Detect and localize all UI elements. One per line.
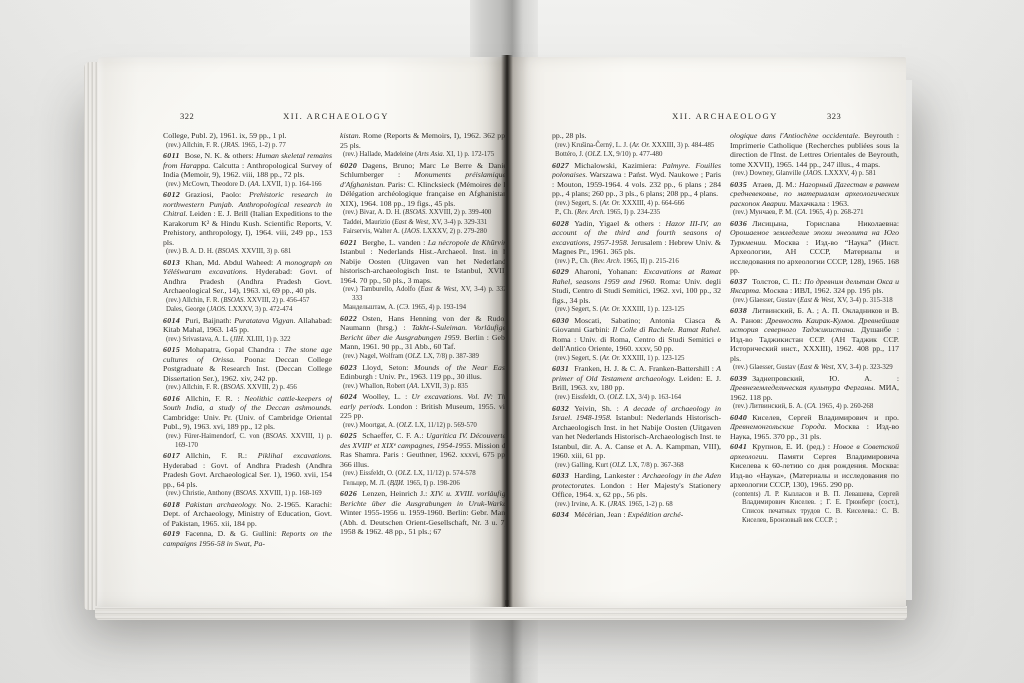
bibliography-column-4: ologique dans l'Antiochène occidentale. … bbox=[730, 131, 899, 601]
review-line: (rev.) Moortgat, A. (OLZ. LX, 11/12) p. … bbox=[352, 422, 505, 431]
review-line: (rev.) McCown, Theodore D. (AA. LXVII, 1… bbox=[175, 181, 332, 190]
review-line: Мандельштам, А. (СЭ. 1965, 4) p. 193-194 bbox=[352, 304, 505, 313]
bib-entry: 6027Michalowski, Kazimiera: Palmyre. Fou… bbox=[552, 161, 721, 199]
entry-number: 6015 bbox=[163, 345, 180, 354]
entry-number: 6022 bbox=[340, 314, 357, 323]
running-header-left-text: XII. ARCHAEOLOGY bbox=[283, 111, 389, 121]
right-page: XII. ARCHAEOLOGY 323 pp., 28 pls.(rev.) … bbox=[509, 57, 906, 607]
bib-entry: College, Publ. 2), 1961. ix, 59 pp., 1 p… bbox=[163, 131, 332, 141]
entry-number: 6012 bbox=[163, 190, 180, 199]
bib-entry: 6024Woolley, L. : Ur excavations. Vol. I… bbox=[340, 392, 505, 421]
bib-entry: 6012Graziosi, Paolo: Prehistoric researc… bbox=[163, 190, 332, 247]
left-page: 322 XII. ARCHAEOLOGY College, Publ. 2), … bbox=[98, 57, 505, 607]
entry-number: 6016 bbox=[163, 394, 180, 403]
bib-entry: 6034Mécérian, Jean : Expédition arché- bbox=[552, 510, 721, 520]
bib-entry: 6026Lenzen, Heinrich J.: XIV. u. XVIII. … bbox=[340, 489, 505, 537]
entry-number: 6028 bbox=[552, 219, 569, 228]
bib-entry: 6023Lloyd, Seton: Mounds of the Near Eas… bbox=[340, 363, 505, 382]
entry-number: 6037 bbox=[730, 277, 747, 286]
review-line: P., Ch. (Rev. Arch. 1965, I) p. 234-235 bbox=[564, 209, 721, 218]
entry-number: 6011 bbox=[163, 151, 180, 160]
entry-number: 6034 bbox=[552, 510, 569, 519]
review-line: (rev.) Srivastava, A. L. (JIH. XLIII, 1)… bbox=[175, 336, 332, 345]
review-line: (rev.) Downey, Glanville (JAOS. LXXXV, 4… bbox=[742, 170, 899, 179]
review-line: (rev.) Литвинский, Б. А. (СА. 1965, 4) p… bbox=[742, 403, 899, 412]
review-line: (rev.) Segert, S. (Ar. Or. XXXIII, 1) p.… bbox=[564, 355, 721, 364]
review-line: (rev.) Galling, Kurt (OLZ. LX, 7/8) p. 3… bbox=[564, 462, 721, 471]
entry-number: 6027 bbox=[552, 161, 569, 170]
entry-number: 6036 bbox=[730, 219, 747, 228]
entry-number: 6018 bbox=[163, 500, 180, 509]
bib-entry: 6037Толстов, С. П.: По древним дельтам О… bbox=[730, 277, 899, 296]
review-line: (rev.) Whallon, Robert (AA. LXVII, 3) p.… bbox=[352, 383, 505, 392]
bib-entry: 6035Атаев, Д. М.: Нагорный Дагестан в ра… bbox=[730, 180, 899, 209]
review-line: (rev.) Allchin, F. R. (JRAS. 1965, 1-2) … bbox=[175, 142, 332, 151]
entry-number: 6038 bbox=[730, 306, 747, 315]
review-line: (rev.) Christie, Anthony (BSOAS. XXVIII,… bbox=[175, 490, 332, 499]
bibliography-column-1: College, Publ. 2), 1961. ix, 59 pp., 1 p… bbox=[163, 131, 332, 601]
review-line: Bottéro, J. (OLZ. LX, 9/10) p. 477-480 bbox=[564, 151, 721, 160]
bib-entry: 6028Yadin, Yigael & others : Hazor III-I… bbox=[552, 219, 721, 257]
review-line: (rev.) Eissfeldt, O. (OLZ. LX, 3/4) p. 1… bbox=[564, 394, 721, 403]
entry-number: 6029 bbox=[552, 267, 569, 276]
running-header-right: XII. ARCHAEOLOGY bbox=[552, 111, 898, 121]
bib-entry: 6040Киселев, Сергей Владимирович и про. … bbox=[730, 413, 899, 442]
bib-entry: 6011Bose, N. K. & others: Human skeletal… bbox=[163, 151, 332, 180]
bib-entry: 6032Yeivin, Sh. : A decade of archaeolog… bbox=[552, 404, 721, 461]
page-gutter bbox=[501, 55, 513, 607]
review-line: Dales, George (JAOS. LXXXV, 3) p. 472-47… bbox=[175, 306, 332, 315]
bib-entry: 6025Schaeffer, C. F. A.: Ugaritica IV. D… bbox=[340, 431, 505, 469]
review-line: (rev.) Hallade, Madeleine (Arts Asia. XI… bbox=[352, 151, 505, 160]
review-line: (rev.) Krušina-Černý, L. J. (Ar. Or. XXX… bbox=[564, 142, 721, 151]
page-edge-stack-bottom bbox=[95, 606, 907, 620]
bib-entry: 6019Facenna, D. & G. Gullini: Reports on… bbox=[163, 529, 332, 548]
bib-entry: 6015Mohapatra, Gopal Chandra : The stone… bbox=[163, 345, 332, 383]
review-line: (rev.) P., Ch. (Rev. Arch. 1965, II) p. … bbox=[564, 258, 721, 267]
bib-entry: 6030Moscati, Sabatino; Antonia Ciasca & … bbox=[552, 316, 721, 354]
entry-number: 6023 bbox=[340, 363, 357, 372]
bib-entry: 6038Литвинский, Б. А. ; А. П. Окладников… bbox=[730, 306, 899, 363]
entry-number: 6020 bbox=[340, 161, 357, 170]
bib-entry: ologique dans l'Antiochène occidentale. … bbox=[730, 131, 899, 169]
entry-number: 6021 bbox=[340, 238, 357, 247]
bib-entry: 6013Khan, Md. Abdul Waheed: A monograph … bbox=[163, 258, 332, 296]
bib-entry: 6033Harding, Lankester : Archaeology in … bbox=[552, 471, 721, 500]
review-line: Fairservis, Walter A. (JAOS. LXXXV, 2) p… bbox=[352, 228, 505, 237]
review-line: (rev.) Segert, S. (Ar. Or. XXXIII, 1) p.… bbox=[564, 306, 721, 315]
entry-number: 6030 bbox=[552, 316, 569, 325]
entry-number: 6019 bbox=[163, 529, 180, 538]
review-line: (rev.) Glaesser, Gustav (East & West, XV… bbox=[742, 364, 899, 373]
review-line: (rev.) Irvine, A. K. (JRAS. 1965, 1-2) p… bbox=[564, 501, 721, 510]
bib-entry: 6036Лисицына, Горислава Николаевна: Орош… bbox=[730, 219, 899, 276]
bib-entry: kistan. Rome (Reports & Memoirs, I), 196… bbox=[340, 131, 505, 150]
book-photo: 322 XII. ARCHAEOLOGY College, Publ. 2), … bbox=[0, 0, 1024, 683]
bib-entry: pp., 28 pls. bbox=[552, 131, 721, 141]
review-line: (rev.) Segert, S. (Ar. Or. XXXIII, 4) p.… bbox=[564, 200, 721, 209]
review-line: (rev.) Allchin, F. R. (BSOAS. XXVIII, 2)… bbox=[175, 384, 332, 393]
entry-number: 6041 bbox=[730, 442, 747, 451]
bib-entry: 6031Franken, H. J. & C. A. Franken-Batte… bbox=[552, 364, 721, 393]
entry-number: 6035 bbox=[730, 180, 747, 189]
review-line: (rev.) Glaesser, Gustav (East & West, XV… bbox=[742, 297, 899, 306]
review-line: (rev.) Bivar, A. D. H. (BSOAS. XXVIII, 2… bbox=[352, 209, 505, 218]
entry-number: 6033 bbox=[552, 471, 569, 480]
review-line: Taddei, Maurizio (East & West, XV, 3-4) … bbox=[352, 219, 505, 228]
review-line: Гельцер, М. Л. (ВДИ. 1965, I) p. 198-206 bbox=[352, 480, 505, 489]
review-line: (rev.) Eissfeldt, O. (OLZ. LX, 11/12) p.… bbox=[352, 470, 505, 479]
bib-entry: 6018Pakistan archaeology. No. 2-1965. Ka… bbox=[163, 500, 332, 529]
review-line: (rev.) Allchin, F. R. (BSOAS. XXVIII, 2)… bbox=[175, 297, 332, 306]
review-line: (rev.) Tamburello, Adolfo (East & West, … bbox=[352, 286, 505, 303]
bib-entry: 6016Allchin, F. R. : Neolithic cattle-ke… bbox=[163, 394, 332, 432]
review-line: (rev.) Nagel, Wolfram (OLZ. LX, 7/8) p. … bbox=[352, 353, 505, 362]
review-line: (rev.) Мунчаев, Р. М. (СА. 1965, 4) p. 2… bbox=[742, 209, 899, 218]
entry-number: 6017 bbox=[163, 451, 180, 460]
bib-entry: 6029Aharoni, Yohanan: Excavations at Ram… bbox=[552, 267, 721, 305]
entry-number: 6014 bbox=[163, 316, 180, 325]
bib-entry: 6021Berghe, L. vanden : La nécropole de … bbox=[340, 238, 505, 286]
entry-number: 6032 bbox=[552, 404, 569, 413]
bib-entry: 6017Allchin, F. R.: Piklihal excavations… bbox=[163, 451, 332, 489]
running-header-right-text: XII. ARCHAEOLOGY bbox=[672, 111, 778, 121]
review-line: (rev.) B. A. D. H. (BSOAS. XXVIII, 3) p.… bbox=[175, 248, 332, 257]
bib-entry: 6020Dagens, Bruno; Marc Le Berre & Danie… bbox=[340, 161, 505, 209]
entry-number: 6024 bbox=[340, 392, 357, 401]
entry-number: 6025 bbox=[340, 431, 357, 440]
entry-number: 6039 bbox=[730, 374, 747, 383]
bibliography-column-3: pp., 28 pls.(rev.) Krušina-Černý, L. J. … bbox=[552, 131, 721, 601]
bib-entry: 6039Заднепровский, Ю. А. : Древнеземледе… bbox=[730, 374, 899, 403]
bib-entry: 6014Puri, Baijnath: Puratatava Vigyan. A… bbox=[163, 316, 332, 335]
page-number-right: 323 bbox=[827, 111, 841, 121]
bibliography-column-2: kistan. Rome (Reports & Memoirs, I), 196… bbox=[340, 131, 505, 601]
bib-entry: 6041Крупнов, Е. И. (ред.) : Новое в Сове… bbox=[730, 442, 899, 490]
running-header-left: XII. ARCHAEOLOGY bbox=[163, 111, 505, 121]
review-line: (contents) Л. Р. Кызласов и В. П. Леваше… bbox=[742, 491, 899, 525]
review-line: (rev.) Fürer-Haimendorf, C. von (BSOAS. … bbox=[175, 433, 332, 450]
bib-entry: 6022Osten, Hans Henning von der & Rudolf… bbox=[340, 314, 505, 352]
entry-number: 6040 bbox=[730, 413, 747, 422]
entry-number: 6031 bbox=[552, 364, 569, 373]
entry-number: 6026 bbox=[340, 489, 357, 498]
entry-number: 6013 bbox=[163, 258, 180, 267]
